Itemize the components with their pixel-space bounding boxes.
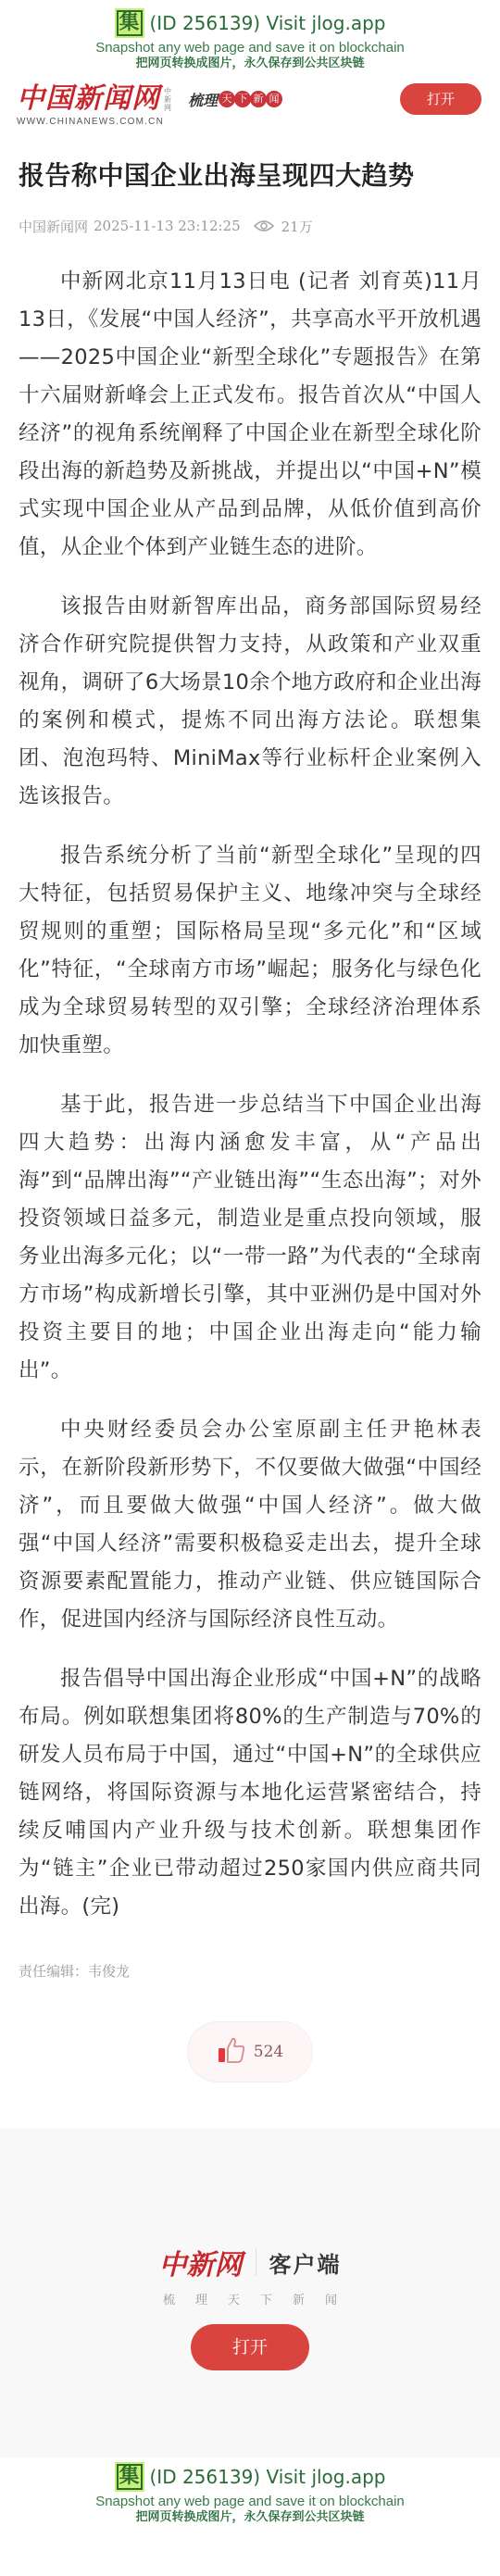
thumbs-up-icon	[217, 2036, 246, 2068]
chinanews-logo[interactable]: 中国新闻网 中 新 网 WWW.CHINANEWS.COM.CN	[17, 84, 171, 127]
jlog-subtitle-zh: 把网页转换成图片，永久保存到公共区块链	[0, 56, 500, 71]
jlog-subtitle-en: Snapshot any web page and save it on blo…	[0, 41, 500, 56]
logo-url: WWW.CHINANEWS.COM.CN	[17, 117, 171, 127]
site-header: 中国新闻网 中 新 网 WWW.CHINANEWS.COM.CN 梳理 天 下 …	[0, 72, 500, 139]
paragraph: 报告系统分析了当前“新型全球化”呈现的四大特征，包括贸易保护主义、地缘冲突与全球…	[19, 837, 481, 1065]
article-source: 中国新闻网	[19, 217, 88, 236]
paragraph: 中新网北京11月13日电 (记者 刘育英)11月13日，《发展“中国人经济”，共…	[19, 263, 481, 567]
app-promo: 中新网 客户端 梳理天下新闻 打开	[0, 2129, 500, 2457]
paragraph: 报告倡导中国出海企业形成“中国+N”的战略布局。例如联想集团将80%的生产制造与…	[19, 1660, 481, 1926]
view-count: 21万	[281, 217, 313, 236]
jlog-title[interactable]: (ID 256139) Visit jlog.app	[150, 12, 386, 34]
article-body: 中新网北京11月13日电 (记者 刘育英)11月13日，《发展“中国人经济”，共…	[19, 263, 481, 1926]
like-button[interactable]: 524	[187, 2021, 313, 2082]
open-app-button-top[interactable]: 打开	[400, 83, 481, 115]
promo-client-label: 客户端	[269, 2246, 342, 2279]
article-title: 报告称中国企业出海呈现四大趋势	[19, 139, 481, 194]
article-editor: 责任编辑：韦俊龙	[19, 1961, 481, 1981]
divider	[256, 2248, 256, 2276]
like-count: 524	[254, 2043, 283, 2061]
eye-icon	[254, 219, 274, 232]
article: 报告称中国企业出海呈现四大趋势 中国新闻网 2025-11-13 23:12:2…	[0, 139, 500, 2082]
article-datetime: 2025-11-13 23:12:25	[94, 218, 241, 234]
jlog-badge-icon: 集	[115, 2462, 144, 2492]
jlog-banner-bottom: 集 (ID 256139) Visit jlog.app Snapshot an…	[0, 2457, 500, 2530]
article-meta: 中国新闻网 2025-11-13 23:12:25 21万	[19, 215, 481, 237]
header-slogan: 梳理 天 下 新 闻	[188, 89, 282, 110]
logo-text: 中国新闻网	[17, 84, 160, 114]
jlog-banner-top: 集 (ID 256139) Visit jlog.app Snapshot an…	[0, 0, 500, 72]
paragraph: 中央财经委员会办公室原副主任尹艳林表示，在新阶段新形势下，不仅要做大做强“中国经…	[19, 1411, 481, 1639]
jlog-subtitle-en: Snapshot any web page and save it on blo…	[0, 2495, 500, 2509]
promo-brand-logo: 中新网	[159, 2242, 243, 2282]
promo-slogan: 梳理天下新闻	[143, 2290, 357, 2307]
paragraph: 该报告由财新智库出品，商务部国际贸易经济合作研究院提供智力支持，从政策和产业双重…	[19, 588, 481, 816]
logo-small-text: 中 新 网	[164, 87, 171, 112]
open-app-button-bottom[interactable]: 打开	[191, 2324, 309, 2370]
jlog-badge-icon: 集	[115, 8, 144, 38]
jlog-subtitle-zh: 把网页转换成图片，永久保存到公共区块链	[0, 2509, 500, 2525]
paragraph: 基于此，报告进一步总结当下中国企业出海四大趋势：出海内涵愈发丰富，从“产品出海”…	[19, 1086, 481, 1390]
jlog-title[interactable]: (ID 256139) Visit jlog.app	[150, 2466, 386, 2488]
